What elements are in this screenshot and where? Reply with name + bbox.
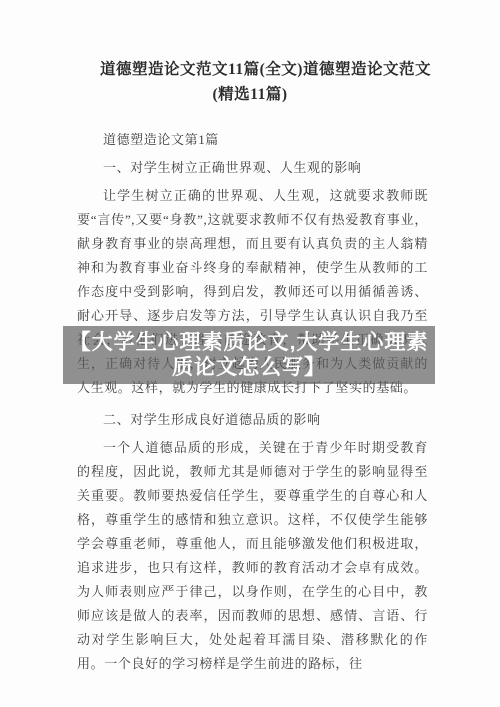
section-heading-2: 二、对学生形成良好道德品质的影响 — [77, 408, 428, 432]
section-heading-1: 一、对学生树立正确世界观、人生观的影响 — [77, 156, 428, 180]
document-body: 道德塑造论文第1篇 一、对学生树立正确世界观、人生观的影响 让学生树立正确的世界… — [77, 128, 428, 676]
promo-overlay-banner[interactable]: 【大学生心理素质论文,大学生心理素 质论文怎么写】 — [63, 326, 435, 384]
overlay-banner-line-1: 【大学生心理素质论文,大学生心理素 — [63, 330, 435, 355]
article-subtitle: 道德塑造论文第1篇 — [77, 128, 428, 152]
paragraph-2: 一个人道德品质的形成，关键在于青少年时期受教育的程度，因此说，教师尤其是师德对于… — [77, 436, 428, 676]
overlay-banner-line-2: 质论文怎么写】 — [63, 355, 435, 380]
page-title: 道德塑造论文范文11篇(全文)道德塑造论文范文(精选11篇) — [63, 57, 437, 107]
document-page: 道德塑造论文范文11篇(全文)道德塑造论文范文(精选11篇) 道德塑造论文第1篇… — [0, 0, 500, 707]
